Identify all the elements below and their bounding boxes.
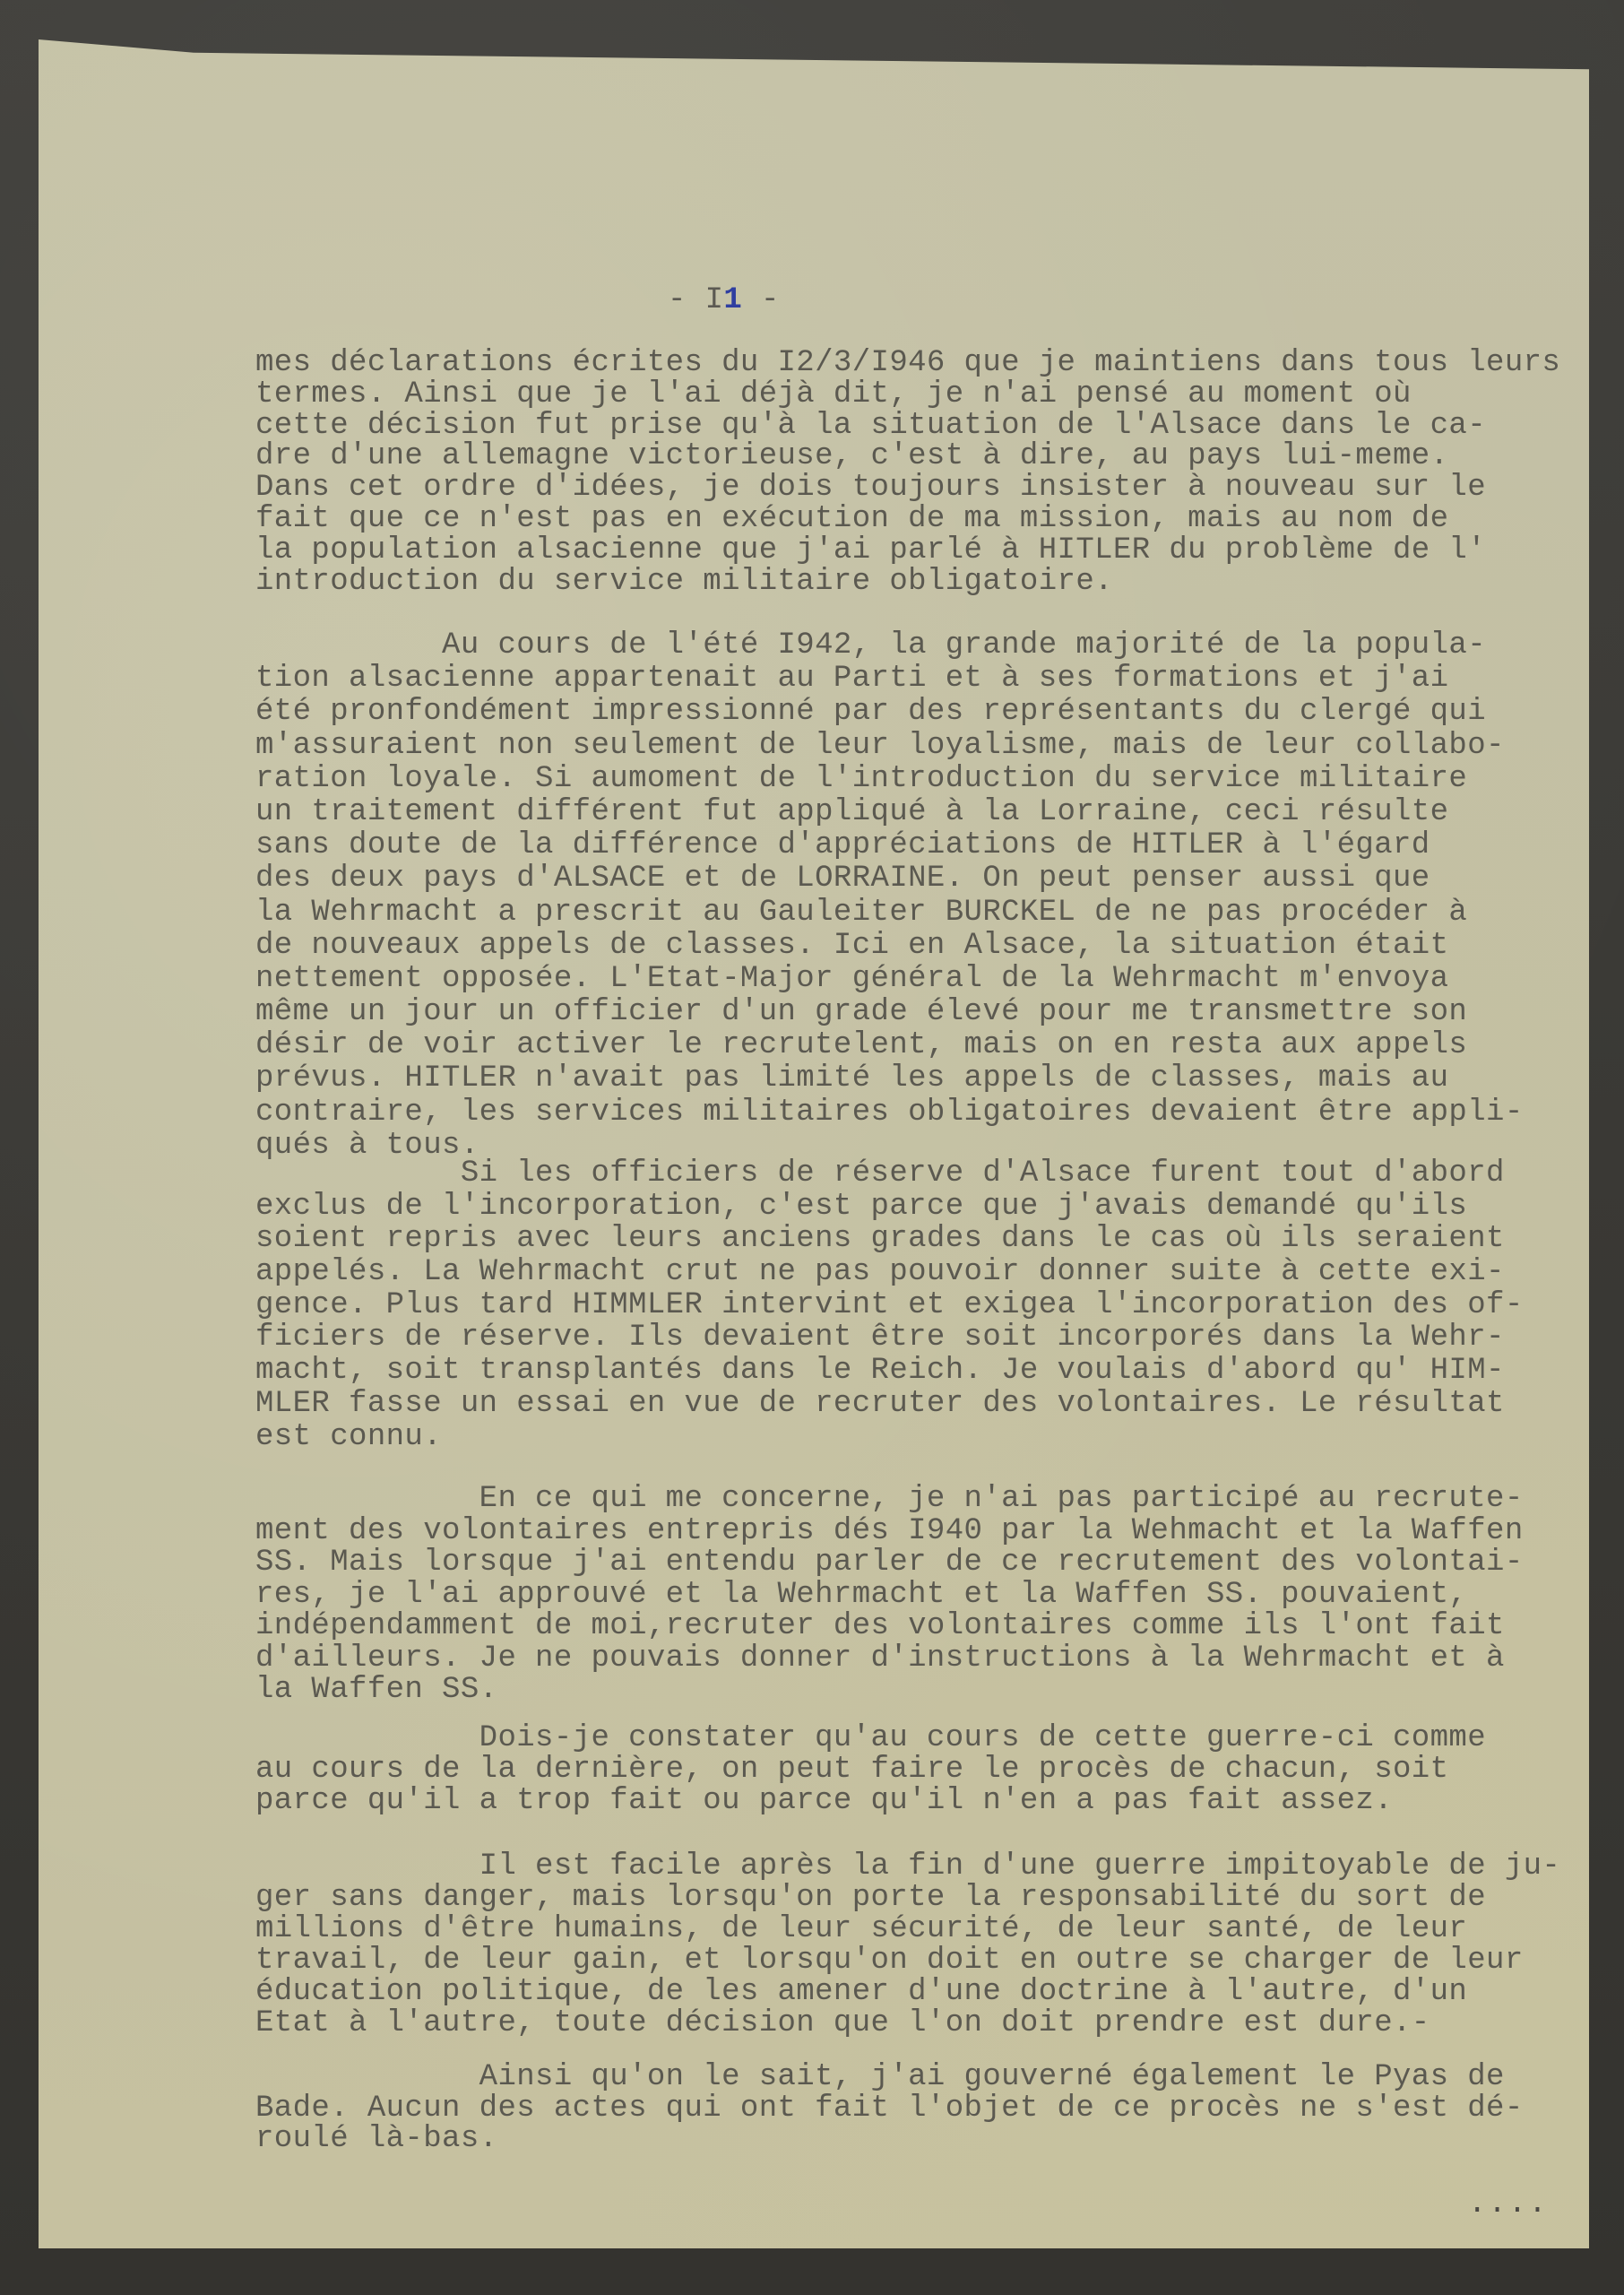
text-line: désir de voir activer le recrutelent, ma… — [255, 1029, 1573, 1062]
paragraph-easy-to-judge: Il est facile après la fin d'une guerre … — [255, 1851, 1573, 2040]
paragraph-trial-of-everyone: Dois-je constater qu'au cours de cette g… — [255, 1723, 1573, 1817]
text-line: de nouveaux appels de classes. Ici en Al… — [255, 930, 1573, 963]
text-line: Dois-je constater qu'au cours de cette g… — [255, 1723, 1573, 1754]
text-line: prévus. HITLER n'avait pas limité les ap… — [255, 1062, 1573, 1096]
text-line: la population alsacienne que j'ai parlé … — [255, 535, 1573, 567]
text-line: Dans cet ordre d'idées, je dois toujours… — [255, 472, 1573, 504]
text-line: travail, de leur gain, et lorsqu'on doit… — [255, 1945, 1573, 1977]
text-line: éducation politique, de les amener d'une… — [255, 1977, 1573, 2008]
text-line: dre d'une allemagne victorieuse, c'est à… — [255, 441, 1573, 472]
text-line: Etat à l'autre, toute décision que l'on … — [255, 2008, 1573, 2040]
text-line: même un jour un officier d'un grade élev… — [255, 996, 1573, 1029]
text-line: mes déclarations écrites du I2/3/I946 qu… — [255, 348, 1573, 379]
text-line: Bade. Aucun des actes qui ont fait l'obj… — [255, 2093, 1573, 2125]
text-line: appelés. La Wehrmacht crut ne pas pouvoi… — [255, 1256, 1573, 1289]
text-line: fait que ce n'est pas en exécution de ma… — [255, 504, 1573, 535]
text-line: Si les officiers de réserve d'Alsace fur… — [255, 1157, 1573, 1191]
text-line: indépendamment de moi,recruter des volon… — [255, 1611, 1573, 1643]
text-line: Au cours de l'été I942, la grande majori… — [255, 629, 1573, 663]
text-line: introduction du service militaire obliga… — [255, 567, 1573, 598]
paragraph-volunteers: En ce qui me concerne, je n'ai pas parti… — [255, 1484, 1573, 1707]
text-line: res, je l'ai approuvé et la Wehrmacht et… — [255, 1580, 1573, 1612]
text-line: En ce qui me concerne, je n'ai pas parti… — [255, 1484, 1573, 1516]
text-line: contraire, les services militaires oblig… — [255, 1096, 1573, 1130]
page-number: - I1 - — [668, 283, 847, 319]
page-number-suffix: - — [742, 283, 780, 317]
text-line: un traitement différent fut appliqué à l… — [255, 796, 1573, 829]
continuation-dots: .... — [1468, 2187, 1549, 2221]
text-line: parce qu'il a trop fait ou parce qu'il n… — [255, 1786, 1573, 1817]
paragraph-declarations: mes déclarations écrites du I2/3/I946 qu… — [255, 348, 1573, 597]
text-line: ment des volontaires entrepris dés I940 … — [255, 1516, 1573, 1548]
text-line: roulé là-bas. — [255, 2124, 1573, 2155]
text-line: ger sans danger, mais lorsqu'on porte la… — [255, 1883, 1573, 1914]
text-line: est connu. — [255, 1421, 1573, 1454]
text-line: la Wehrmacht a prescrit au Gauleiter BUR… — [255, 896, 1573, 930]
text-line: soient repris avec leurs anciens grades … — [255, 1223, 1573, 1256]
text-line: ration loyale. Si aumoment de l'introduc… — [255, 763, 1573, 796]
text-line: sans doute de la différence d'appréciati… — [255, 829, 1573, 862]
text-line: SS. Mais lorsque j'ai entendu parler de … — [255, 1547, 1573, 1580]
text-line: des deux pays d'ALSACE et de LORRAINE. O… — [255, 862, 1573, 896]
paragraph-summer-1942: Au cours de l'été I942, la grande majori… — [255, 629, 1573, 1163]
text-line: Ainsi qu'on le sait, j'ai gouverné égale… — [255, 2062, 1573, 2093]
text-line: Il est facile après la fin d'une guerre … — [255, 1851, 1573, 1883]
paragraph-baden: Ainsi qu'on le sait, j'ai gouverné égale… — [255, 2062, 1573, 2155]
text-line: exclus de l'incorporation, c'est parce q… — [255, 1191, 1573, 1224]
text-line: macht, soit transplantés dans le Reich. … — [255, 1355, 1573, 1388]
paragraph-reserve-officers: Si les officiers de réserve d'Alsace fur… — [255, 1157, 1573, 1453]
page-number-prefix: - I — [668, 283, 723, 317]
text-line: m'assuraient non seulement de leur loyal… — [255, 730, 1573, 763]
text-line: d'ailleurs. Je ne pouvais donner d'instr… — [255, 1643, 1573, 1676]
text-line: ficiers de réserve. Ils devaient être so… — [255, 1321, 1573, 1355]
page-number-handwritten-correction: 1 — [723, 283, 742, 317]
text-line: termes. Ainsi que je l'ai déjà dit, je n… — [255, 379, 1573, 411]
text-line: été pronfondément impressionné par des r… — [255, 696, 1573, 729]
text-line: tion alsacienne appartenait au Parti et … — [255, 663, 1573, 696]
text-line: au cours de la dernière, on peut faire l… — [255, 1754, 1573, 1786]
text-line: la Waffen SS. — [255, 1675, 1573, 1707]
text-line: gence. Plus tard HIMMLER intervint et ex… — [255, 1289, 1573, 1322]
text-line: MLER fasse un essai en vue de recruter d… — [255, 1388, 1573, 1421]
text-line: nettement opposée. L'Etat-Major général … — [255, 963, 1573, 996]
text-line: millions d'être humains, de leur sécurit… — [255, 1914, 1573, 1945]
text-line: cette décision fut prise qu'à la situati… — [255, 411, 1573, 442]
